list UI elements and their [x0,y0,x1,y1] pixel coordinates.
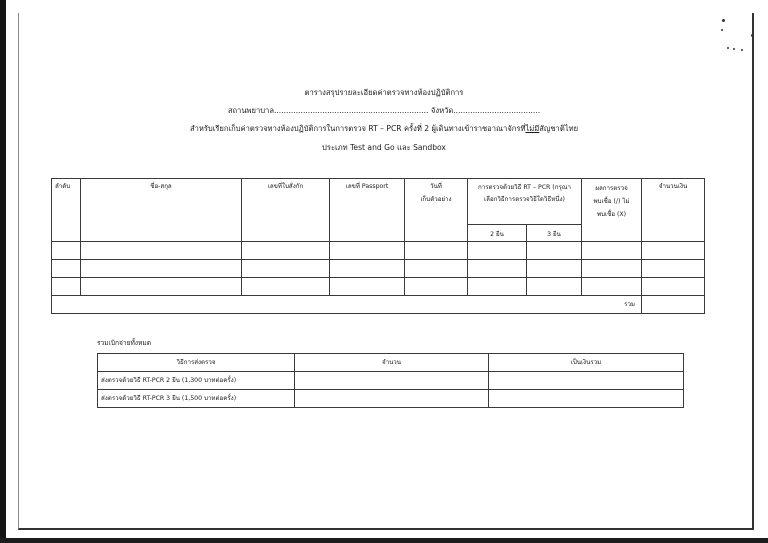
cell-passport[interactable] [330,260,405,278]
col-header-amount: จำนวนเงิน [642,179,705,242]
total-row: รวม [52,296,705,314]
cell-2-gene[interactable] [468,278,527,296]
total-amount-cell[interactable] [642,296,705,314]
cell-name[interactable] [81,242,242,260]
summary-header-method: วิธีการส่งตรวจ [98,354,295,372]
cell-amount[interactable] [642,242,705,260]
subtitle-line: สำหรับเรียกเก็บค่าตรวจทางห้องปฏิบัติการใ… [0,124,768,134]
cell-2-gene[interactable] [468,242,527,260]
scan-edge-left [0,0,6,543]
table-row [52,242,705,260]
summary-heading: รวมเบิกจ่ายทั้งหมด [97,337,151,348]
result-header-line2: พบเชื้อ (/) ไม่ [582,195,641,208]
cell-3-gene[interactable] [527,260,582,278]
cell-name[interactable] [81,278,242,296]
cell-3-gene[interactable] [527,278,582,296]
summary-quantity-cell[interactable] [295,372,489,390]
result-header-line1: ผลการตรวจ [582,182,641,195]
subtitle-underlined: ไม่มี [525,124,539,133]
col-header-passport: เลขที่ Passport [330,179,405,242]
cell-date[interactable] [405,278,468,296]
hospital-label: สถานพยาบาล [228,106,274,115]
summary-total-cell[interactable] [489,390,684,408]
document-title: ตารางสรุปรายละเอียดค่าตรวจทางห้องปฏิบัติ… [0,88,768,98]
col-header-2-gene: 2 ยีน [468,225,527,242]
cell-passport[interactable] [330,242,405,260]
col-header-result: ผลการตรวจ พบเชื้อ (/) ไม่ พบเชื้อ (X) [582,179,642,242]
hospital-line: สถานพยาบาล..............................… [0,106,768,116]
lab-fee-table: ลำดับ ชื่อ-สกุล เลขที่ใบสั่งกัก เลขที่ P… [51,178,705,314]
subtitle-text: สำหรับเรียกเก็บค่าตรวจทางห้องปฏิบัติการใ… [190,124,526,133]
summary-quantity-cell[interactable] [295,390,489,408]
province-label: จังหวัด [431,106,453,115]
col-header-no: ลำดับ [52,179,81,242]
hospital-field[interactable]: ........................................… [274,106,429,115]
summary-table: วิธีการส่งตรวจ จำนวน เป็นเงินรวม ส่งตรวจ… [97,353,684,408]
date-header-line1: วันที่ [405,182,467,191]
table-row [52,260,705,278]
scan-speck [741,49,743,51]
cell-result[interactable] [582,242,642,260]
type-line: ประเภท Test and Go และ Sandbox [0,143,768,153]
col-header-method: การตรวจด้วยวิธี RT – PCR (กรุณาเลือกวิธี… [468,179,582,225]
cell-result[interactable] [582,260,642,278]
cell-date[interactable] [405,260,468,278]
cell-date[interactable] [405,242,468,260]
cell-amount[interactable] [642,278,705,296]
cell-result[interactable] [582,278,642,296]
col-header-3-gene: 3 ยีน [527,225,582,242]
table-row [52,278,705,296]
summary-total-cell[interactable] [489,372,684,390]
scan-edge-bottom [0,538,768,543]
cell-name[interactable] [81,260,242,278]
cell-no[interactable] [52,260,81,278]
cell-3-gene[interactable] [527,242,582,260]
summary-header-quantity: จำนวน [295,354,489,372]
summary-method-2-gene: ส่งตรวจด้วยวิธี RT-PCR 2 ยีน (1,300 บาทต… [98,372,295,390]
scan-speck [751,34,754,37]
subtitle-text-end: สัญชาติไทย [539,124,578,133]
total-label: รวม [52,296,642,314]
col-header-receipt: เลขที่ใบสั่งกัก [242,179,330,242]
summary-row: ส่งตรวจด้วยวิธี RT-PCR 3 ยีน (1,500 บาทต… [98,390,684,408]
scan-speck [733,48,735,50]
date-header-line2: เก็บตัวอย่าง [405,195,467,204]
cell-passport[interactable] [330,278,405,296]
cell-receipt[interactable] [242,260,330,278]
col-header-date: วันที่ เก็บตัวอย่าง [405,179,468,242]
scan-speck [727,47,729,49]
scan-speck [722,19,725,22]
col-header-name: ชื่อ-สกุล [81,179,242,242]
result-header-line3: พบเชื้อ (X) [582,208,641,221]
cell-no[interactable] [52,278,81,296]
summary-method-3-gene: ส่งตรวจด้วยวิธี RT-PCR 3 ยีน (1,500 บาทต… [98,390,295,408]
summary-header-total: เป็นเงินรวม [489,354,684,372]
cell-amount[interactable] [642,260,705,278]
cell-receipt[interactable] [242,242,330,260]
cell-receipt[interactable] [242,278,330,296]
cell-2-gene[interactable] [468,260,527,278]
province-field[interactable]: .................................... [453,106,540,115]
cell-no[interactable] [52,242,81,260]
summary-row: ส่งตรวจด้วยวิธี RT-PCR 2 ยีน (1,300 บาทต… [98,372,684,390]
scan-speck [721,29,723,31]
